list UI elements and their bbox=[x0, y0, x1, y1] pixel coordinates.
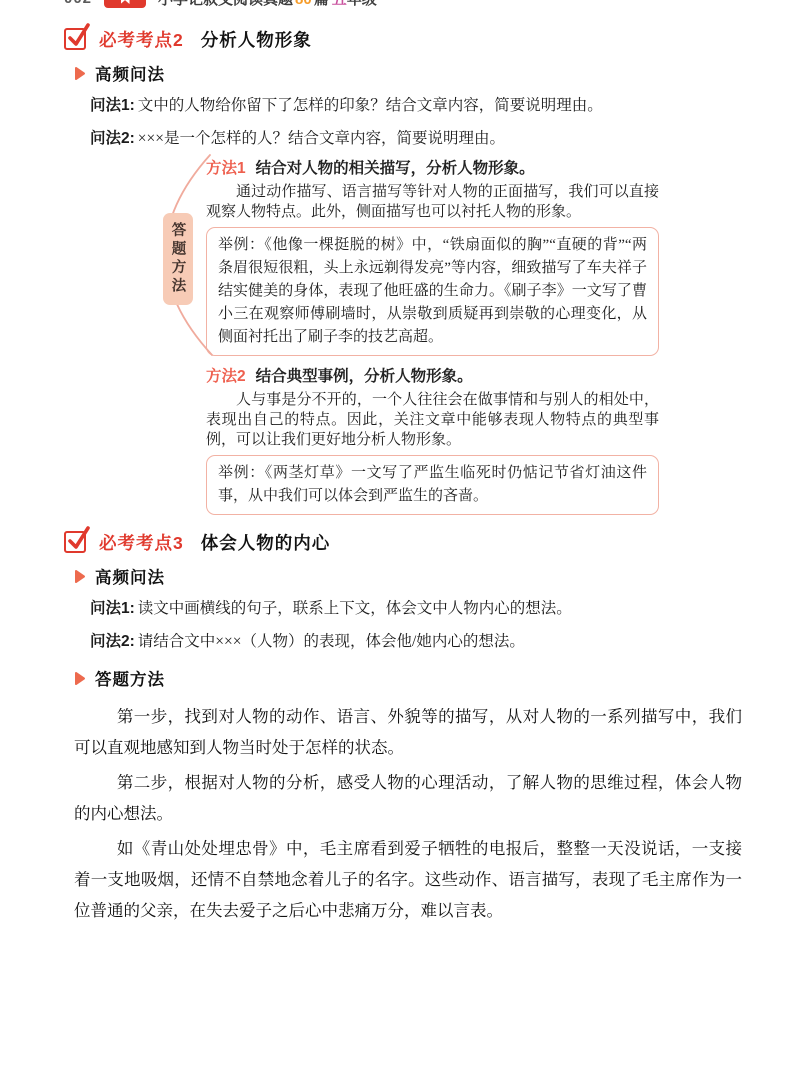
subheading-datifangfa: 答题方法 bbox=[74, 667, 790, 689]
checkbox-check-icon bbox=[64, 531, 86, 553]
question-line-2: 问法2:请结合文中×××（人物）的表现，体会他/她内心的想法。 bbox=[90, 631, 740, 653]
running-header: 002 小学记叙文阅读真题80篇五年级 bbox=[0, 0, 790, 11]
question-text: 文中的人物给你留下了怎样的印象？结合文章内容，简要说明理由。 bbox=[138, 97, 603, 114]
method2-example-box: 举例：《两茎灯草》一文写了严监生临死时仍惦记节省灯油这件事，从中我们可以体会到严… bbox=[206, 455, 659, 515]
triangle-bullet-icon bbox=[74, 66, 86, 81]
method2-title: 方法2结合典型事例，分析人物形象。 bbox=[206, 366, 659, 387]
question-text: ×××是一个怎样的人？结合文章内容，简要说明理由。 bbox=[138, 130, 505, 147]
method1-example-box: 举例：《他像一棵挺脱的树》中，“铁扇面似的胸”“直硬的背”“两条眉很短很粗，头上… bbox=[206, 227, 659, 356]
checkpoint-title: 分析人物形象 bbox=[201, 27, 312, 52]
grade-badge bbox=[104, 0, 146, 8]
book-title-grade: 年级 bbox=[347, 0, 377, 8]
book-title-pian: 篇 bbox=[314, 0, 329, 8]
checkpoint-label: 必考考点3 bbox=[99, 530, 184, 555]
subheading-gaopin-wenfa-3: 高频问法 bbox=[74, 565, 790, 587]
section-heading-kaodian3: 必考考点3 体会人物的内心 bbox=[64, 529, 790, 555]
question-label: 问法2: bbox=[90, 130, 135, 147]
header-row: 002 小学记叙文阅读真题80篇五年级 bbox=[64, 0, 377, 11]
section-heading-kaodian2: 必考考点2 分析人物形象 bbox=[64, 26, 790, 52]
question-line-1: 问法1:读文中画横线的句子，联系上下文，体会文中人物内心的想法。 bbox=[90, 598, 740, 620]
question-label: 问法1: bbox=[90, 600, 135, 617]
subheading-label: 答题方法 bbox=[95, 666, 165, 690]
method1-body: 通过动作描写、语言描写等针对人物的正面描写，我们可以直接观察人物特点。此外，侧面… bbox=[206, 182, 659, 222]
subheading-label: 高频问法 bbox=[95, 61, 165, 85]
book-title-text: 小学记叙文阅读真题 bbox=[158, 0, 293, 8]
book-title-number: 80 bbox=[295, 0, 312, 8]
method2-title-text: 结合典型事例，分析人物形象。 bbox=[256, 368, 473, 385]
checkpoint-title: 体会人物的内心 bbox=[201, 530, 331, 555]
method2-body: 人与事是分不开的，一个人往往会在做事情和与别人的相处中，表现出自己的特点。因此，… bbox=[206, 390, 659, 450]
page-number: 002 bbox=[64, 0, 92, 7]
question-label: 问法2: bbox=[90, 633, 135, 650]
bookmark-icon bbox=[121, 0, 130, 4]
paragraph-step1: 第一步，找到对人物的动作、语言、外貌等的描写，从对人物的一系列描写中，我们可以直… bbox=[74, 701, 742, 763]
page-content: 必考考点2 分析人物形象 高频问法 问法1:文中的人物给你留下了怎样的印象？结合… bbox=[0, 26, 790, 930]
triangle-bullet-icon bbox=[74, 569, 86, 584]
paragraph-step2: 第二步，根据对人物的分析，感受人物的心理活动，了解人物的思维过程，体会人物的内心… bbox=[74, 767, 742, 829]
checkbox-check-icon bbox=[64, 28, 86, 50]
question-label: 问法1: bbox=[90, 97, 135, 114]
question-line-1: 问法1:文中的人物给你留下了怎样的印象？结合文章内容，简要说明理由。 bbox=[90, 95, 740, 117]
answer-method-bubble: 答题方法 bbox=[163, 213, 193, 305]
methods-column: 方法1结合对人物的相关描写，分析人物形象。 通过动作描写、语言描写等针对人物的正… bbox=[206, 158, 659, 515]
subheading-gaopin-wenfa-2: 高频问法 bbox=[74, 62, 790, 84]
book-title: 小学记叙文阅读真题80篇五年级 bbox=[158, 0, 377, 9]
checkpoint-label: 必考考点2 bbox=[99, 27, 184, 52]
method2-label: 方法2 bbox=[206, 368, 246, 385]
method1-title-text: 结合对人物的相关描写，分析人物形象。 bbox=[256, 160, 535, 177]
method1-title: 方法1结合对人物的相关描写，分析人物形象。 bbox=[206, 158, 659, 179]
question-line-2: 问法2:×××是一个怎样的人？结合文章内容，简要说明理由。 bbox=[90, 128, 740, 150]
book-title-grade-highlight: 五 bbox=[332, 0, 347, 8]
textbook-page: 002 小学记叙文阅读真题80篇五年级 必考考点2 分析人物形象 高频问法 问法… bbox=[0, 0, 790, 1090]
triangle-bullet-icon bbox=[74, 671, 86, 686]
question-text: 请结合文中×××（人物）的表现，体会他/她内心的想法。 bbox=[138, 633, 525, 650]
paragraph-example: 如《青山处处埋忠骨》中，毛主席看到爱子牺牲的电报后，整整一天没说话，一支接着一支… bbox=[74, 833, 742, 926]
subheading-label: 高频问法 bbox=[95, 564, 165, 588]
question-text: 读文中画横线的句子，联系上下文，体会文中人物内心的想法。 bbox=[138, 600, 572, 617]
answer-method-map: 答题方法 方法1结合对人物的相关描写，分析人物形象。 通过动作描写、语言描写等针… bbox=[0, 158, 790, 515]
